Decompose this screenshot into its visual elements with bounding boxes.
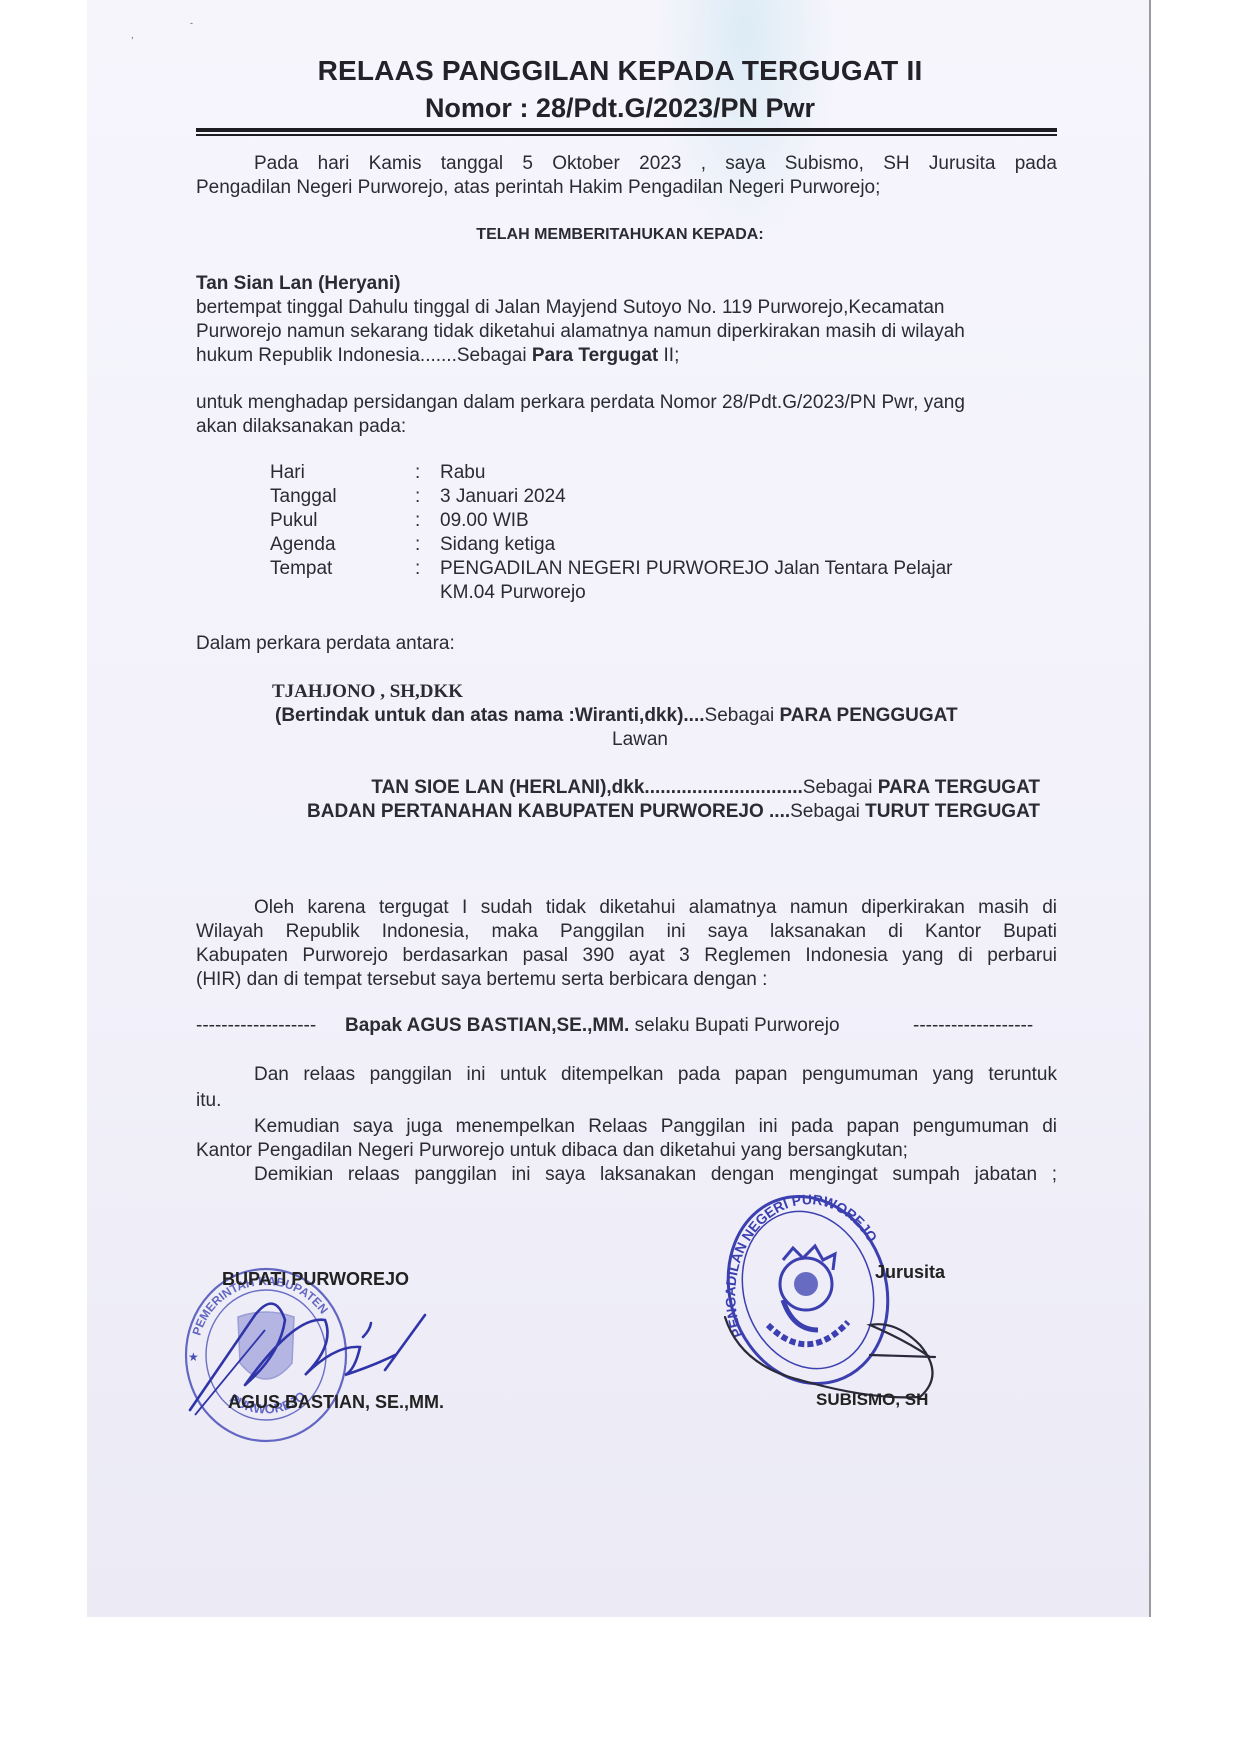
defendant-line: TAN SIOE LAN (HERLANI),dkk..............… <box>200 776 1040 800</box>
detail-value: 3 Januari 2024 <box>440 485 1040 509</box>
met-with-line: Bapak AGUS BASTIAN,SE.,MM. selaku Bupati… <box>345 1014 840 1038</box>
detail-label: Pukul <box>270 509 410 533</box>
co-defendant-role: TURUT TERGUGAT <box>865 801 1040 822</box>
defendant-role: PARA TERGUGAT <box>878 777 1040 798</box>
right-signer-title: Jurusita <box>875 1262 945 1283</box>
left-signer-name: AGUS BASTIAN, SE.,MM. <box>228 1392 444 1413</box>
co-defendant-line: BADAN PERTANAHAN KABUPATEN PURWOREJO ...… <box>200 800 1040 824</box>
met-with-dashes-left: ------------------- <box>196 1014 316 1038</box>
header-rule-thick <box>196 128 1057 132</box>
document-title: RELAAS PANGGILAN KEPADA TERGUGAT II <box>0 55 1240 87</box>
notice-heading: TELAH MEMBERITAHUKAN KEPADA: <box>0 226 1240 244</box>
reason-line-4: (HIR) dan di tempat tersebut saya bertem… <box>196 968 1057 992</box>
parties-intro: Dalam perkara perdata antara: <box>196 632 455 656</box>
plaintiff-line: (Bertindak untuk dan atas nama :Wiranti,… <box>275 704 1040 728</box>
summons-line-1: untuk menghadap persidangan dalam perkar… <box>196 391 1057 415</box>
recipient-address-line-1: bertempat tinggal Dahulu tinggal di Jala… <box>196 296 1057 320</box>
intro-line-2: Pengadilan Negeri Purworejo, atas perint… <box>196 176 1057 200</box>
plaintiff-sebagai: Sebagai <box>705 705 780 726</box>
summons-line-2: akan dilaksanakan pada: <box>196 415 1057 439</box>
closing-p2-line-2: Kantor Pengadilan Negeri Purworejo untuk… <box>196 1139 1057 1163</box>
scan-speck: - <box>190 18 193 28</box>
closing-p2-line-1: Kemudian saya juga menempelkan Relaas Pa… <box>254 1115 1057 1139</box>
detail-value: Sidang ketiga <box>440 533 1040 557</box>
closing-p3-line-1: Demikian relaas panggilan ini saya laksa… <box>254 1163 1057 1187</box>
defendant-sebagai: Sebagai <box>803 777 878 798</box>
recipient-name: Tan Sian Lan (Heryani) <box>196 272 400 296</box>
met-with-dashes-right: ------------------- <box>913 1014 1033 1038</box>
header-rule-thin <box>196 134 1057 136</box>
detail-separator: : <box>415 533 420 557</box>
closing-p1-line-2: itu. <box>196 1089 221 1113</box>
closing-p1-line-1: Dan relaas panggilan ini untuk ditempelk… <box>254 1063 1057 1087</box>
detail-label: Tempat <box>270 557 410 581</box>
detail-label: Hari <box>270 461 410 485</box>
detail-value: KM.04 Purworejo <box>440 581 1040 605</box>
detail-label: Tanggal <box>270 485 410 509</box>
met-with-name: Bapak AGUS BASTIAN,SE.,MM. <box>345 1015 629 1036</box>
recipient-role: Para Tergugat <box>532 345 658 366</box>
left-signer-title: BUPATI PURWOREJO <box>222 1269 409 1290</box>
plaintiff-name: TJAHJONO , SH,DKK <box>272 680 463 704</box>
case-number: Nomor : 28/Pdt.G/2023/PN Pwr <box>0 93 1240 124</box>
defendant-name: TAN SIOE LAN (HERLANI),dkk..............… <box>371 777 802 798</box>
co-defendant-name: BADAN PERTANAHAN KABUPATEN PURWOREJO ...… <box>307 801 790 822</box>
intro-line-1: Pada hari Kamis tanggal 5 Oktober 2023 ,… <box>254 152 1057 176</box>
detail-value: 09.00 WIB <box>440 509 1040 533</box>
detail-separator: : <box>415 485 420 509</box>
recipient-address-prefix: hukum Republik Indonesia.......Sebagai <box>196 345 532 366</box>
recipient-role-suffix: II; <box>658 345 679 366</box>
detail-value: Rabu <box>440 461 1040 485</box>
detail-value: PENGADILAN NEGERI PURWOREJO Jalan Tentar… <box>440 557 1040 581</box>
plaintiff-desc: (Bertindak untuk dan atas nama :Wiranti,… <box>275 705 705 726</box>
reason-line-1: Oleh karena tergugat I sudah tidak diket… <box>254 896 1057 920</box>
met-with-title: selaku Bupati Purworejo <box>629 1015 839 1036</box>
reason-line-3: Kabupaten Purworejo berdasarkan pasal 39… <box>196 944 1057 968</box>
versus-label: Lawan <box>0 728 1240 752</box>
detail-separator: : <box>415 509 420 533</box>
scan-speck: , <box>131 30 134 40</box>
detail-separator: : <box>415 461 420 485</box>
detail-separator: : <box>415 557 420 581</box>
co-defendant-sebagai: Sebagai <box>790 801 865 822</box>
recipient-address-line-3: hukum Republik Indonesia.......Sebagai P… <box>196 344 1057 368</box>
reason-line-2: Wilayah Republik Indonesia, maka Panggil… <box>196 920 1057 944</box>
detail-label: Agenda <box>270 533 410 557</box>
plaintiff-role: PARA PENGGUGAT <box>780 705 958 726</box>
recipient-address-line-2: Purworejo namun sekarang tidak diketahui… <box>196 320 1057 344</box>
right-signer-name: SUBISMO, SH <box>816 1390 928 1410</box>
